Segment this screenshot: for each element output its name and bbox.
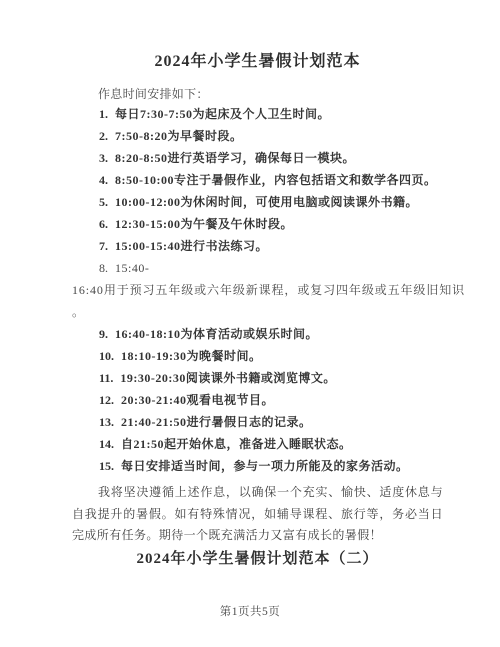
schedule-item: 2.7:50-8:20为早餐时段。 xyxy=(72,130,443,143)
item-number: 15. xyxy=(99,460,114,473)
item-number: 14. xyxy=(99,438,114,451)
item-text: 每日安排适当时间，参与一项力所能及的家务活动。 xyxy=(121,460,409,473)
schedule-list: 1.每日7:30-7:50为起床及个人卫生时间。2.7:50-8:20为早餐时段… xyxy=(72,108,443,473)
schedule-item: 8.15:40- xyxy=(72,262,443,275)
item-text: 20:30-21:40观看电视节目。 xyxy=(121,394,274,407)
item-text: 21:40-21:50进行暑假日志的记录。 xyxy=(121,416,312,429)
item-number: 11. xyxy=(99,372,113,385)
item-number: 13. xyxy=(99,416,114,429)
schedule-item: 11.19:30-20:30阅读课外书籍或浏览博文。 xyxy=(72,372,443,385)
item-number: 6. xyxy=(99,218,108,231)
item-text: 18:10-19:30为晚餐时间。 xyxy=(121,350,262,363)
schedule-item: 12.20:30-21:40观看电视节目。 xyxy=(72,394,443,407)
item-number: 10. xyxy=(99,350,114,363)
section-two-title: 2024年小学生暑假计划范本（二） xyxy=(72,550,443,569)
item-number: 8. xyxy=(99,262,108,275)
item-text: 16:40-18:10为体育活动或娱乐时间。 xyxy=(115,328,318,341)
item-wrap-line: 16:40用于预习五年级或六年级新课程，或复习四年级或五年级旧知识 xyxy=(72,284,443,297)
item-number: 5. xyxy=(99,196,108,209)
schedule-item: 14.自21:50起开始休息，准备进入睡眠状态。 xyxy=(72,438,443,451)
schedule-item: 5.10:00-12:00为休闲时间，可使用电脑或阅读课外书籍。 xyxy=(72,196,443,209)
item-text: 15:00-15:40进行书法练习。 xyxy=(115,240,268,253)
item-text: 8:50-10:00专注于暑假作业，内容包括语文和数学各四页。 xyxy=(115,174,437,187)
item-wrap-line: 。 xyxy=(72,306,443,319)
item-text: 10:00-12:00为休闲时间，可使用电脑或阅读课外书籍。 xyxy=(115,196,418,209)
schedule-item: 13.21:40-21:50进行暑假日志的记录。 xyxy=(72,416,443,429)
item-text: 19:30-20:30阅读课外书籍或浏览博文。 xyxy=(120,372,336,385)
item-number: 3. xyxy=(99,152,108,165)
schedule-item: 10.18:10-19:30为晚餐时间。 xyxy=(72,350,443,363)
document-page: 2024年小学生暑假计划范本 作息时间安排如下： 1.每日7:30-7:50为起… xyxy=(0,0,500,647)
schedule-item: 15.每日安排适当时间，参与一项力所能及的家务活动。 xyxy=(72,460,443,473)
item-text: 每日7:30-7:50为起床及个人卫生时间。 xyxy=(115,108,330,121)
item-text: 7:50-8:20为早餐时段。 xyxy=(115,130,243,143)
item-number: 2. xyxy=(99,130,108,143)
item-number: 9. xyxy=(99,328,108,341)
document-content: 2024年小学生暑假计划范本 作息时间安排如下： 1.每日7:30-7:50为起… xyxy=(0,0,500,569)
document-title: 2024年小学生暑假计划范本 xyxy=(72,0,443,72)
page-number: 第1页共5页 xyxy=(0,603,500,619)
schedule-item: 6.12:30-15:00为午餐及午休时段。 xyxy=(72,218,443,231)
item-number: 4. xyxy=(99,174,108,187)
schedule-item: 4.8:50-10:00专注于暑假作业，内容包括语文和数学各四页。 xyxy=(72,174,443,187)
item-number: 1. xyxy=(99,108,108,121)
item-text: 自21:50起开始休息，准备进入睡眠状态。 xyxy=(121,438,352,451)
item-text: 8:20-8:50进行英语学习，确保每日一模块。 xyxy=(115,152,355,165)
item-number: 12. xyxy=(99,394,114,407)
item-number: 7. xyxy=(99,240,108,253)
schedule-item: 7.15:00-15:40进行书法练习。 xyxy=(72,240,443,253)
schedule-item: 1.每日7:30-7:50为起床及个人卫生时间。 xyxy=(72,108,443,121)
item-text: 15:40- xyxy=(115,262,149,275)
intro-line: 作息时间安排如下： xyxy=(72,88,443,101)
schedule-item: 9.16:40-18:10为体育活动或娱乐时间。 xyxy=(72,328,443,341)
closing-paragraph: 我将坚决遵循上述作息，以确保一个充实、愉快、适度休息与自我提升的暑假。如有特殊情… xyxy=(72,482,443,547)
schedule-item: 3.8:20-8:50进行英语学习，确保每日一模块。 xyxy=(72,152,443,165)
item-text: 12:30-15:00为午餐及午休时段。 xyxy=(115,218,293,231)
